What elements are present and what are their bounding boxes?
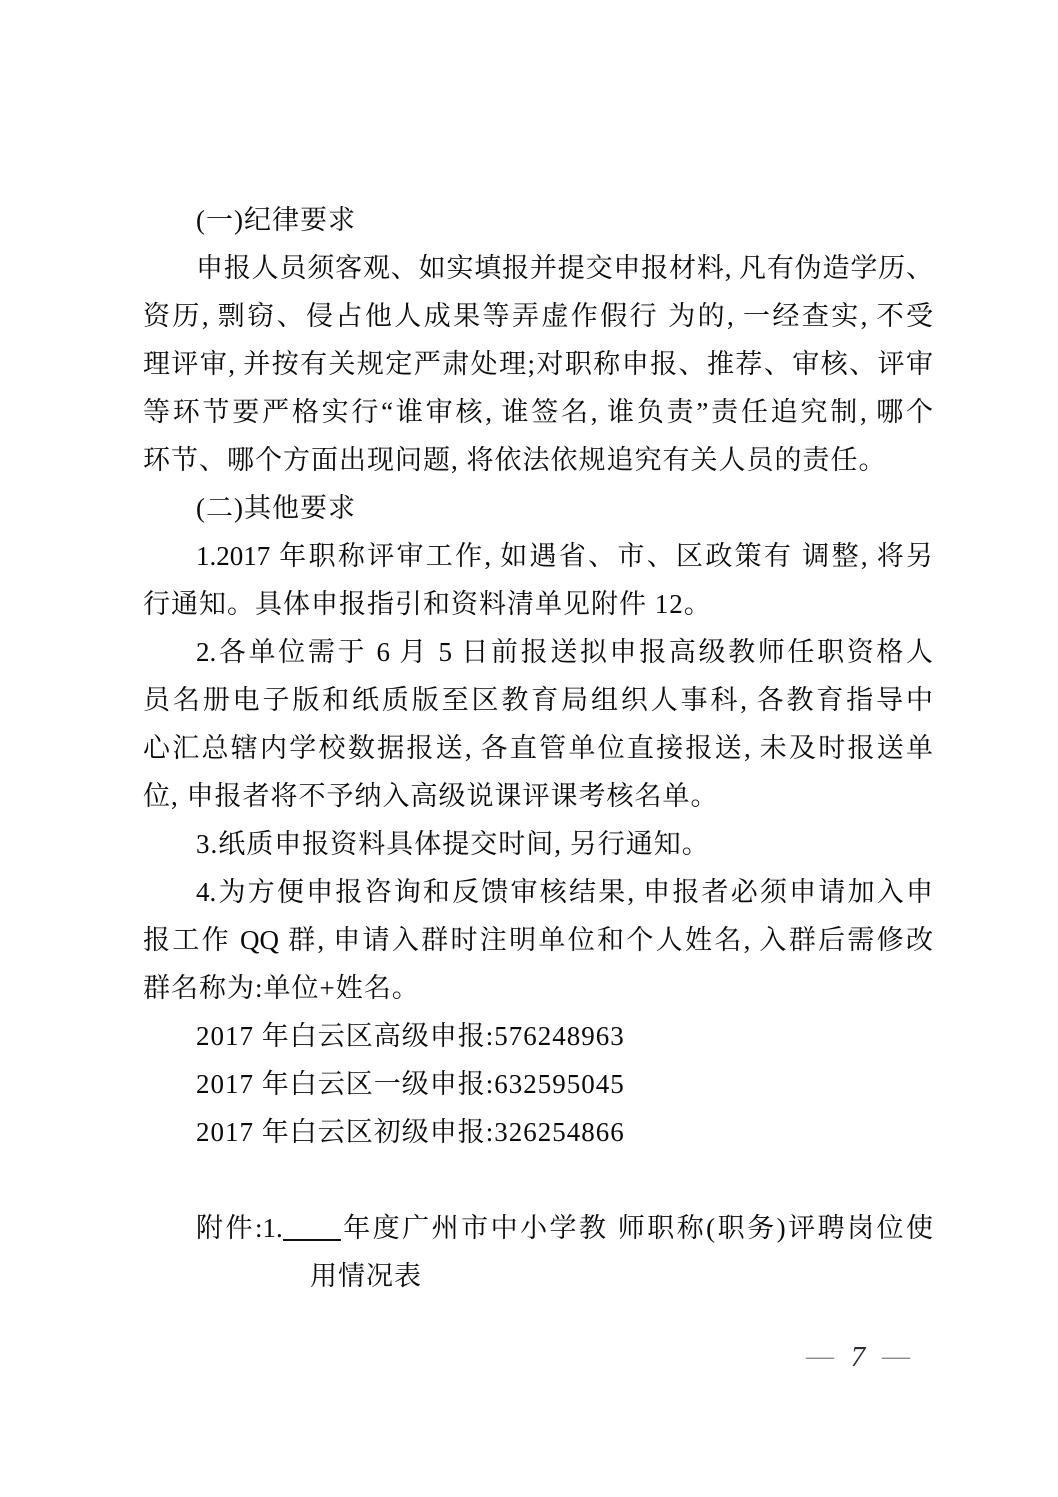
blank-line — [143, 1156, 933, 1204]
attachment-line-2: 用情况表 — [143, 1252, 933, 1300]
fill-in-blank-underline — [283, 1237, 341, 1241]
section-heading-discipline: (一)纪律要求 — [143, 196, 933, 244]
item1-line: 1.2017 年职称评审工作, 如遇省、市、区政策有 调整, 将另 — [143, 532, 933, 580]
discipline-paragraph-line: 理评审, 并按有关规定严肃处理;对职称申报、推荐、审核、评审 — [143, 340, 933, 388]
item4-line: 群名称为:单位+姓名。 — [143, 964, 933, 1012]
discipline-paragraph-line: 环节、哪个方面出现问题, 将依法依规追究有关人员的责任。 — [143, 436, 933, 484]
attachment-line-1: 附件:1.年度广州市中小学教 师职称(职务)评聘岗位使 — [143, 1204, 933, 1252]
item4-line: 报工作 QQ 群, 申请入群时注明单位和个人姓名, 入群后需修改 — [143, 916, 933, 964]
footer-dash-right: — — [882, 1337, 910, 1377]
document-page: (一)纪律要求 申报人员须客观、如实填报并提交申报材料, 凡有伪造学历、 资历,… — [0, 0, 1058, 1497]
item1-line: 行通知。具体申报指引和资料清单见附件 12。 — [143, 580, 933, 628]
item2-line: 员名册电子版和纸质版至区教育局组织人事科, 各教育指导中 — [143, 676, 933, 724]
discipline-paragraph-line: 等环节要严格实行“谁审核, 谁签名, 谁负责”责任追究制, 哪个 — [143, 388, 933, 436]
footer-dash-left: — — [806, 1337, 834, 1377]
document-body: (一)纪律要求 申报人员须客观、如实填报并提交申报材料, 凡有伪造学历、 资历,… — [143, 196, 933, 1300]
qq-senior-line: 2017 年白云区高级申报:576248963 — [143, 1012, 933, 1060]
section-heading-other: (二)其他要求 — [143, 484, 933, 532]
item2-line: 心汇总辖内学校数据报送, 各直管单位直接报送, 未及时报送单 — [143, 724, 933, 772]
item2-line: 位, 申报者将不予纳入高级说课评课考核名单。 — [143, 772, 933, 820]
item4-line: 4.为方便申报咨询和反馈审核结果, 申报者必须申请加入申 — [143, 868, 933, 916]
qq-junior-line: 2017 年白云区初级申报:326254866 — [143, 1108, 933, 1156]
item2-line: 2.各单位需于 6 月 5 日前报送拟申报高级教师任职资格人 — [143, 628, 933, 676]
discipline-paragraph-line: 申报人员须客观、如实填报并提交申报材料, 凡有伪造学历、 — [143, 244, 933, 292]
page-number: 7 — [851, 1337, 866, 1377]
qq-first-level-line: 2017 年白云区一级申报:632595045 — [143, 1060, 933, 1108]
item3-line: 3.纸质申报资料具体提交时间, 另行通知。 — [143, 820, 933, 868]
attachment-label: 附件:1. — [196, 1213, 283, 1243]
discipline-paragraph-line: 资历, 剽窃、侵占他人成果等弄虚作假行 为的, 一经查实, 不受 — [143, 292, 933, 340]
attachment-title-part1: 年度广州市中小学教 师职称(职务)评聘岗位使 — [341, 1213, 933, 1243]
page-footer: — 7 — — [806, 1337, 910, 1377]
